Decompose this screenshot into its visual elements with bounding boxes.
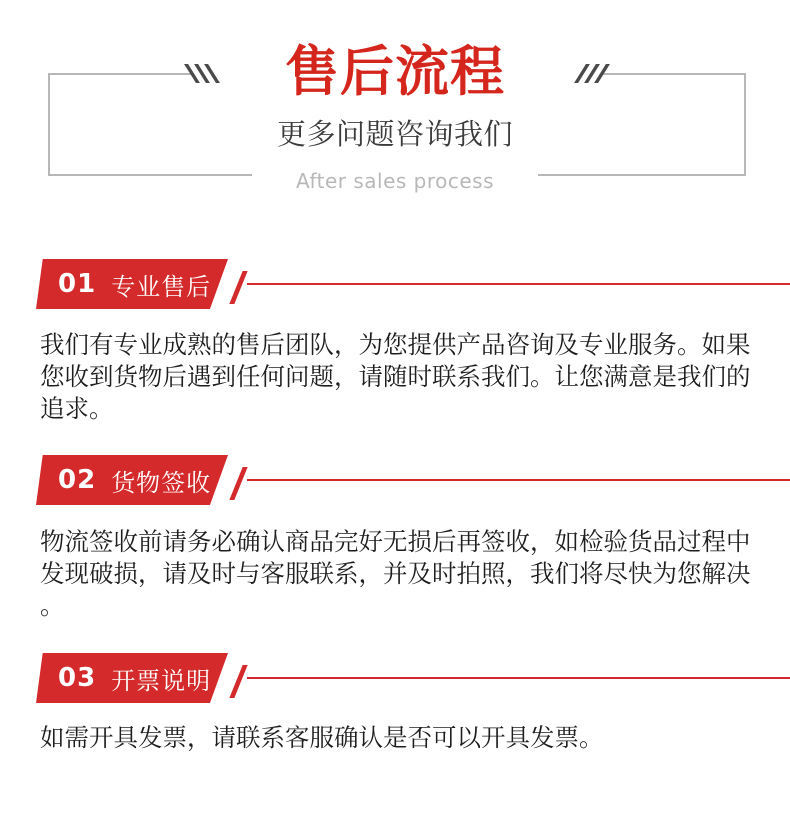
section-banner-goods-receipt: 02 货物签收 bbox=[36, 455, 228, 505]
section-body-goods-receipt: 物流签收前请务必确认商品完好无损后再签收，如检验货品过程中 发现破损，请及时与客… bbox=[40, 526, 755, 622]
section-rule-line bbox=[247, 677, 790, 679]
section-rule-line bbox=[247, 479, 790, 481]
banner-slash-icon bbox=[229, 665, 247, 698]
section-rule-line bbox=[247, 283, 790, 285]
page-subtitle: 更多问题咨询我们 bbox=[0, 113, 790, 155]
section-number: 03 bbox=[58, 663, 96, 693]
section-title: 开票说明 bbox=[111, 661, 211, 696]
after-sales-page: 售后流程 更多问题咨询我们 After sales process 01 专业售… bbox=[0, 0, 790, 820]
page-subtitle-english: After sales process bbox=[0, 168, 790, 194]
section-body-invoice-notes: 如需开具发票，请联系客服确认是否可以开具发票。 bbox=[40, 722, 755, 754]
banner-slash-icon bbox=[229, 467, 247, 500]
section-body-professional-after-sales: 我们有专业成熟的售后团队，为您提供产品咨询及专业服务。如果 您收到货物后遇到任何… bbox=[40, 329, 755, 425]
section-banner-professional-after-sales: 01 专业售后 bbox=[36, 259, 228, 309]
section-number: 01 bbox=[58, 269, 96, 299]
banner-slash-icon bbox=[229, 271, 247, 304]
page-title: 售后流程 bbox=[0, 40, 790, 104]
section-number: 02 bbox=[58, 465, 96, 495]
section-title: 专业售后 bbox=[111, 267, 211, 302]
section-banner-invoice-notes: 03 开票说明 bbox=[36, 653, 228, 703]
section-title: 货物签收 bbox=[111, 463, 211, 498]
